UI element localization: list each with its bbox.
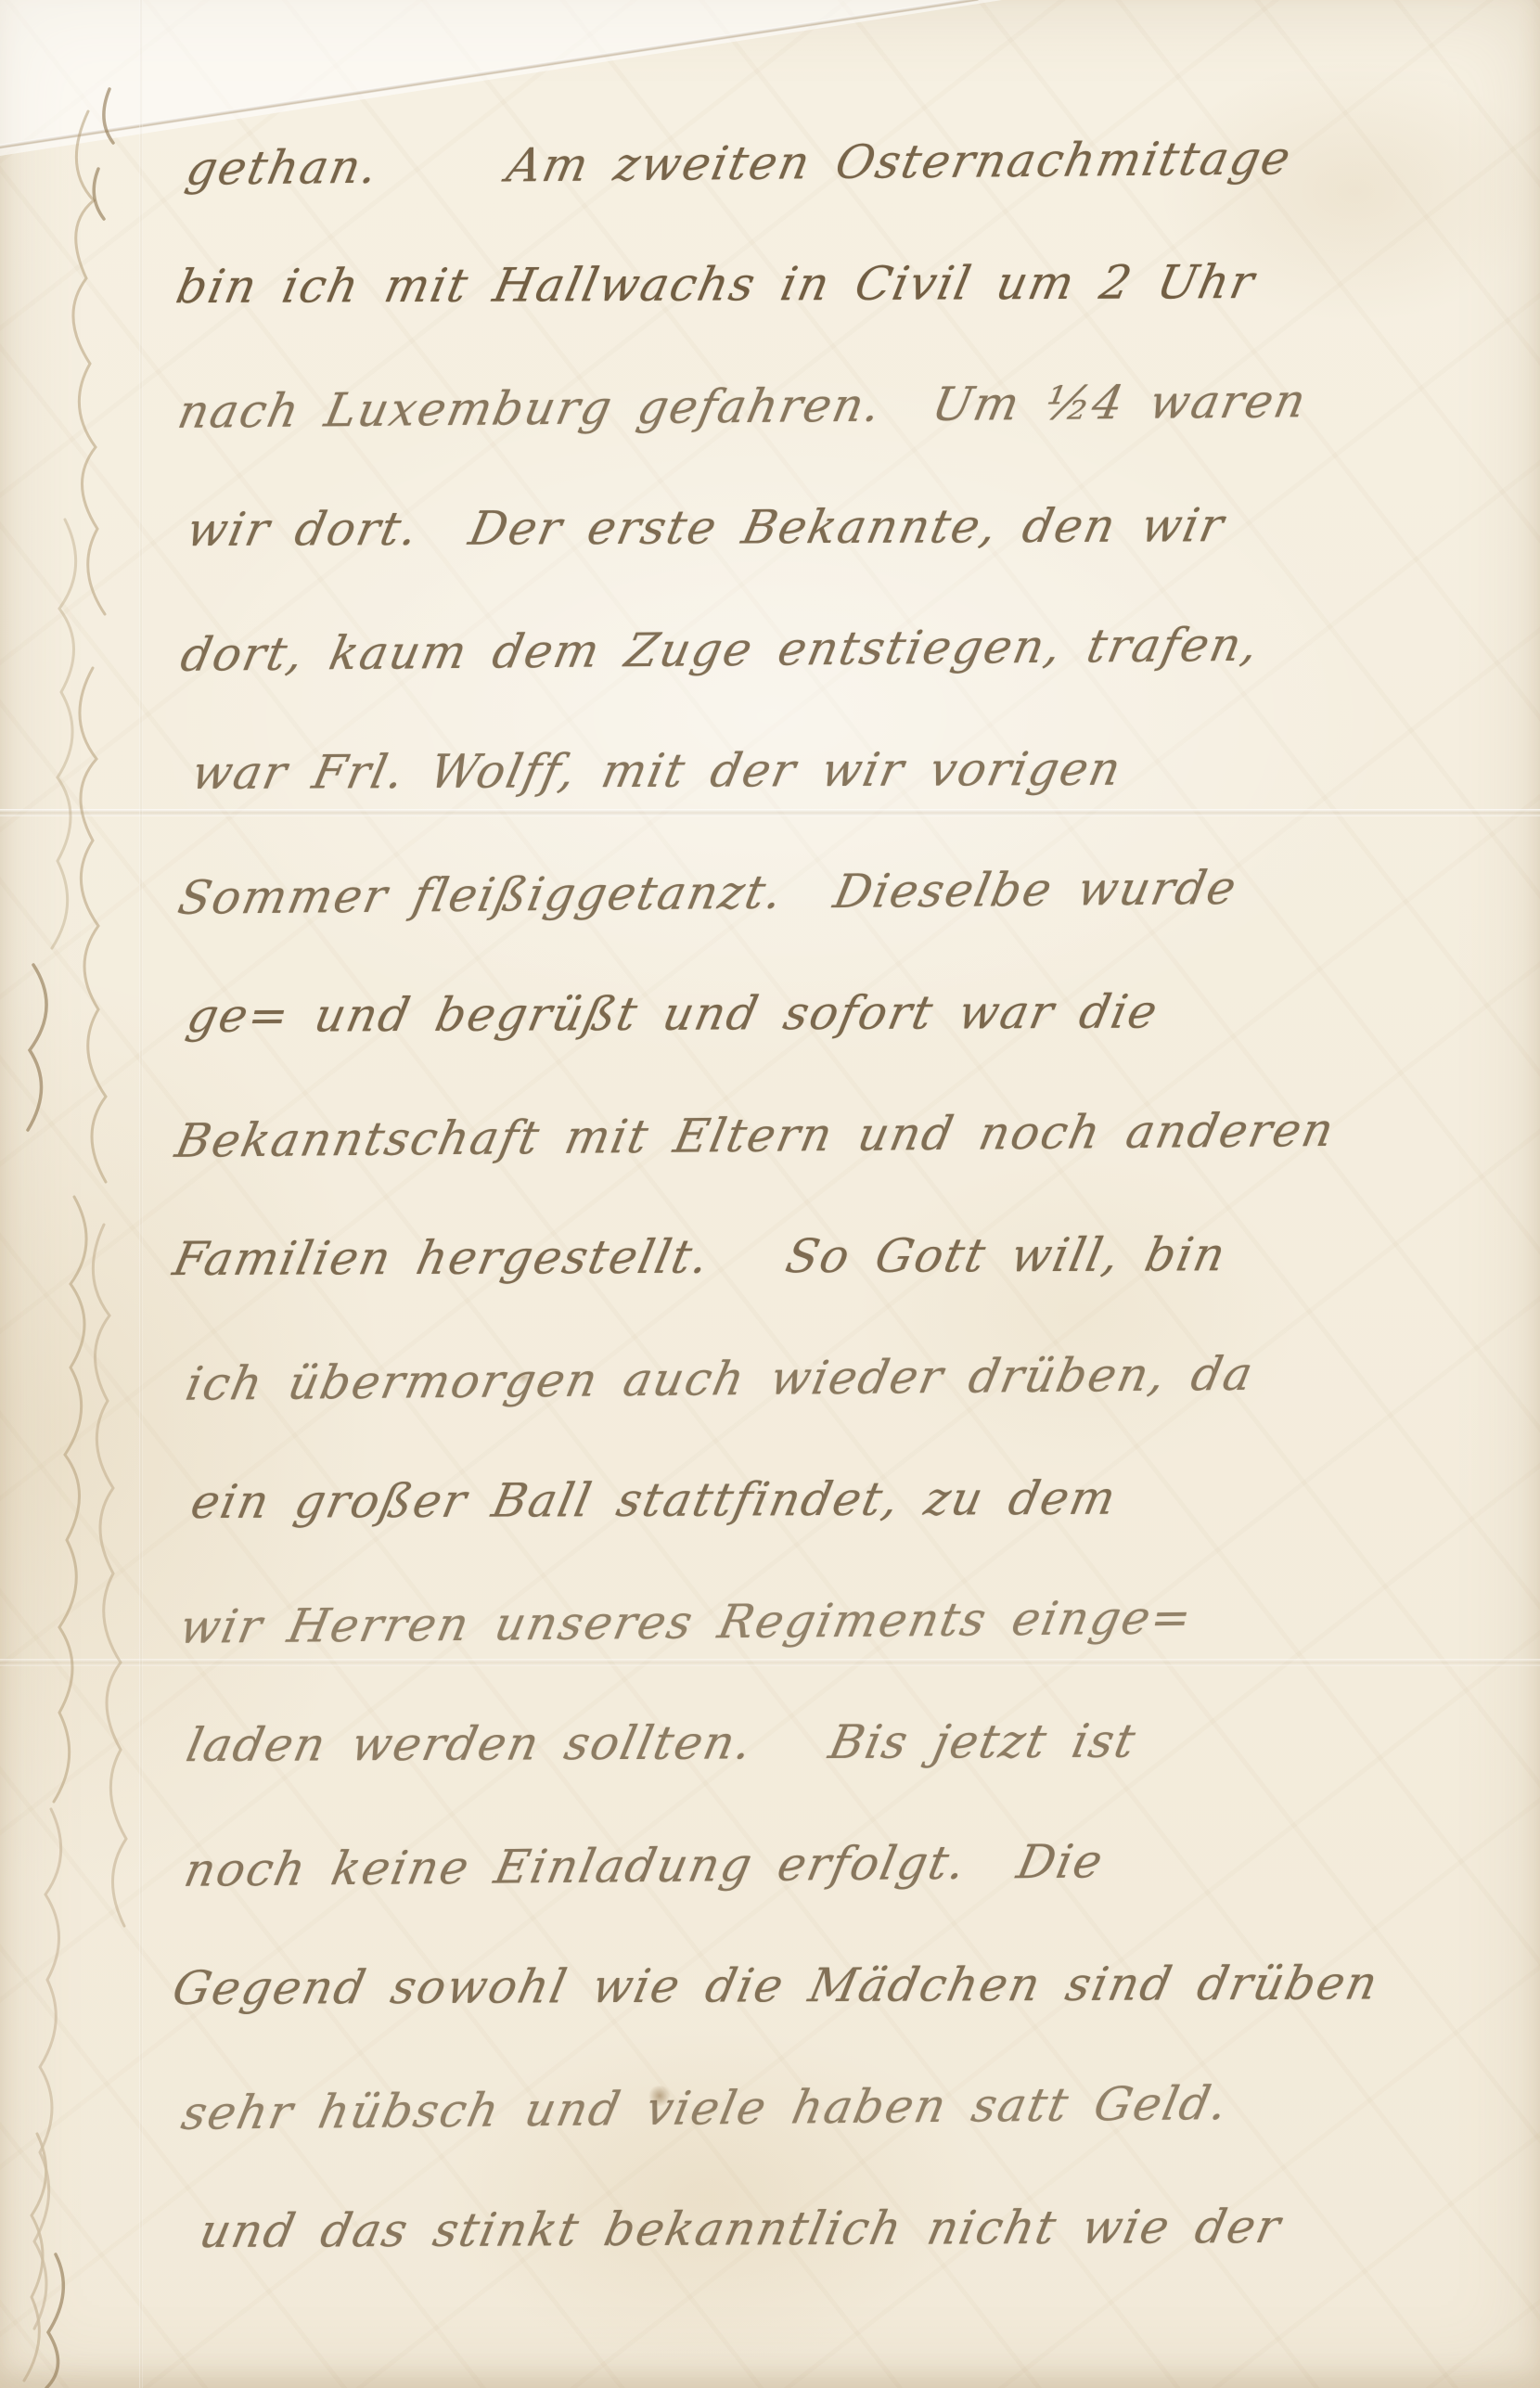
letter-line: bin ich mit Hallwachs in Civil um 2 Uhr xyxy=(158,254,1509,381)
letter-line: ein großer Ball stattfindet, zu dem xyxy=(173,1470,1515,1597)
letter-line: Sommer fleißiggetanzt. Dieselbe wurde xyxy=(160,858,1513,993)
letter-line: nach Luxemburg gefahren. Um ½4 waren xyxy=(160,372,1510,507)
letter-line: sehr hübsch und viele haben satt Geld. xyxy=(163,2073,1518,2208)
letter-body: gethan. Am zweiten Osternachmittage bin … xyxy=(170,133,1506,2326)
letter-line: laden werden sollten. Bis jetzt ist xyxy=(168,1713,1516,1840)
letter-line: Gegend sowohl wie die Mädchen sind drübe… xyxy=(154,1956,1517,2083)
letter-line: und das stinkt bekanntlich nicht wie der xyxy=(181,2199,1518,2326)
cross-writing-strokes xyxy=(0,0,176,2388)
letter-line: ich übermorgen auch wieder drüben, da xyxy=(168,1344,1515,1479)
letter-line: Familien hergestellt. So Gott will, bin xyxy=(155,1226,1514,1354)
letter-line: Bekanntschaft mit Eltern und noch andere… xyxy=(158,1101,1514,1236)
letter-line: dort, kaum dem Zuge entstiegen, trafen, xyxy=(162,615,1511,750)
letter-line: gethan. Am zweiten Osternachmittage xyxy=(168,129,1509,263)
letter-line: war Frl. Wolff, mit der wir vorigen xyxy=(173,740,1511,867)
letter-line: ge= und begrüßt und sofort war die xyxy=(169,983,1513,1111)
letter-line: wir dort. Der erste Bekannte, den wir xyxy=(168,497,1510,624)
letter-page: gethan. Am zweiten Osternachmittage bin … xyxy=(0,0,1540,2388)
margin-cross-writing xyxy=(0,0,176,2388)
letter-line: wir Herren unseres Regiments einge= xyxy=(161,1587,1516,1722)
letter-line: noch keine Einladung erfolgt. Die xyxy=(166,1830,1517,1965)
